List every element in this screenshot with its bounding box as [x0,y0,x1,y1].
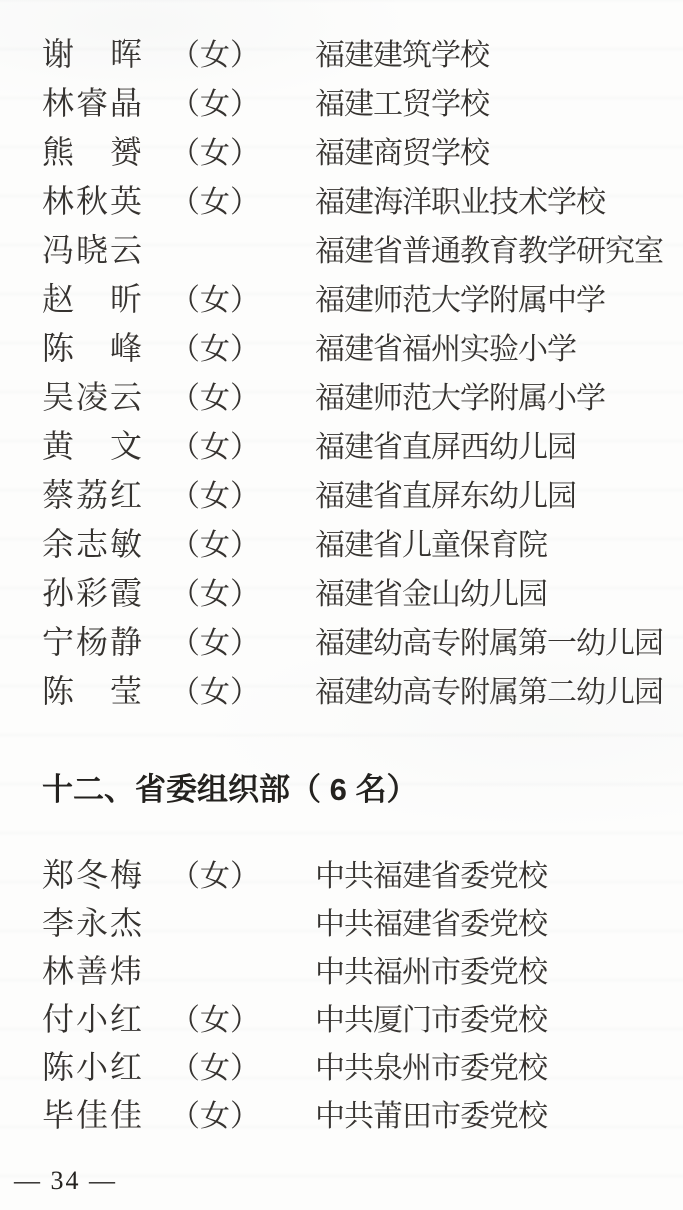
list-item: 宁杨静（女）福建幼高专附属第一幼儿园 [0,615,683,664]
person-name: 熊 赟 [42,127,142,173]
organization-name: 福建幼高专附属第一幼儿园 [315,618,663,662]
list-item: 林睿晶（女）福建工贸学校 [0,76,683,125]
person-name: 李永杰 [42,898,142,944]
list-item: 郑冬梅（女）中共福建省委党校 [0,849,683,897]
person-name: 付小红 [42,994,142,1040]
person-name: 冯晓云 [42,225,142,271]
person-name: 陈小红 [42,1042,142,1088]
person-name: 吴凌云 [42,372,142,418]
person-name: 郑冬梅 [42,850,142,896]
person-name: 林睿晶 [42,78,142,124]
gender-marker: （女） [170,128,315,172]
list-item: 吴凌云（女）福建师范大学附属小学 [0,370,683,419]
person-name: 蔡荔红 [42,470,142,516]
organization-name: 中共福建省委党校 [315,851,547,895]
gender-marker: （女） [170,177,315,221]
organization-name: 福建幼高专附属第二幼儿园 [315,667,663,711]
organization-name: 中共福州市委党校 [315,947,547,991]
organization-name: 福建省直屏西幼儿园 [315,422,576,466]
page-number: — 34 — [14,1166,117,1196]
gender-marker: （女） [170,79,315,123]
list-item: 林秋英（女）福建海洋职业技术学校 [0,174,683,223]
list-item: 孙彩霞（女）福建省金山幼儿园 [0,566,683,615]
organization-name: 福建工贸学校 [315,79,489,123]
gender-marker: （女） [170,30,315,74]
list-item: 赵 昕（女）福建师范大学附属中学 [0,272,683,321]
gender-marker: （女） [170,995,315,1039]
list-item: 李永杰中共福建省委党校 [0,897,683,945]
organization-name: 福建海洋职业技术学校 [315,177,605,221]
gender-marker: （女） [170,373,315,417]
list-item: 陈 峰（女）福建省福州实验小学 [0,321,683,370]
organization-name: 福建省普通教育教学研究室 [315,226,663,270]
awardee-list-continued: 谢 晖（女）福建建筑学校林睿晶（女）福建工贸学校熊 赟（女）福建商贸学校林秋英（… [0,0,683,713]
organization-name: 中共厦门市委党校 [315,995,547,1039]
list-item: 余志敏（女）福建省儿童保育院 [0,517,683,566]
organization-name: 福建建筑学校 [315,30,489,74]
gender-marker: （女） [170,667,315,711]
organization-name: 中共福建省委党校 [315,899,547,943]
person-name: 黄 文 [42,421,142,467]
gender-marker: （女） [170,569,315,613]
organization-name: 福建省福州实验小学 [315,324,576,368]
gender-marker: （女） [170,1091,315,1135]
list-item: 付小红（女）中共厦门市委党校 [0,993,683,1041]
person-name: 陈 莹 [42,666,142,712]
list-item: 冯晓云福建省普通教育教学研究室 [0,223,683,272]
list-item: 陈 莹（女）福建幼高专附属第二幼儿园 [0,664,683,713]
scanned-document-page: 谢 晖（女）福建建筑学校林睿晶（女）福建工贸学校熊 赟（女）福建商贸学校林秋英（… [0,0,683,1210]
person-name: 陈 峰 [42,323,142,369]
gender-marker: （女） [170,520,315,564]
gender-marker: （女） [170,324,315,368]
organization-name: 福建商贸学校 [315,128,489,172]
list-item: 毕佳佳（女）中共莆田市委党校 [0,1089,683,1137]
list-item: 蔡荔红（女）福建省直屏东幼儿园 [0,468,683,517]
organization-name: 中共泉州市委党校 [315,1043,547,1087]
gender-marker: （女） [170,1043,315,1087]
organization-name: 福建省金山幼儿园 [315,569,547,613]
gender-marker: （女） [170,422,315,466]
person-name: 赵 昕 [42,274,142,320]
organization-name: 福建省直屏东幼儿园 [315,471,576,515]
person-name: 毕佳佳 [42,1090,142,1136]
person-name: 宁杨静 [42,617,142,663]
person-name: 余志敏 [42,519,142,565]
organization-name: 中共莆田市委党校 [315,1091,547,1135]
person-name: 林秋英 [42,176,142,222]
gender-marker: （女） [170,618,315,662]
person-name: 孙彩霞 [42,568,142,614]
gender-marker: （女） [170,851,315,895]
gender-marker: （女） [170,275,315,319]
person-name: 林善炜 [42,946,142,992]
list-item: 熊 赟（女）福建商贸学校 [0,125,683,174]
organization-name: 福建师范大学附属中学 [315,275,605,319]
gender-marker: （女） [170,471,315,515]
organization-name: 福建师范大学附属小学 [315,373,605,417]
organization-name: 福建省儿童保育院 [315,520,547,564]
section-heading: 十二、省委组织部（ 6 名） [0,770,683,810]
list-item: 黄 文（女）福建省直屏西幼儿园 [0,419,683,468]
awardee-list-section-12: 郑冬梅（女）中共福建省委党校李永杰中共福建省委党校林善炜中共福州市委党校付小红（… [0,822,683,1137]
list-item: 林善炜中共福州市委党校 [0,945,683,993]
list-item: 陈小红（女）中共泉州市委党校 [0,1041,683,1089]
list-item: 谢 晖（女）福建建筑学校 [0,27,683,76]
person-name: 谢 晖 [42,29,142,75]
